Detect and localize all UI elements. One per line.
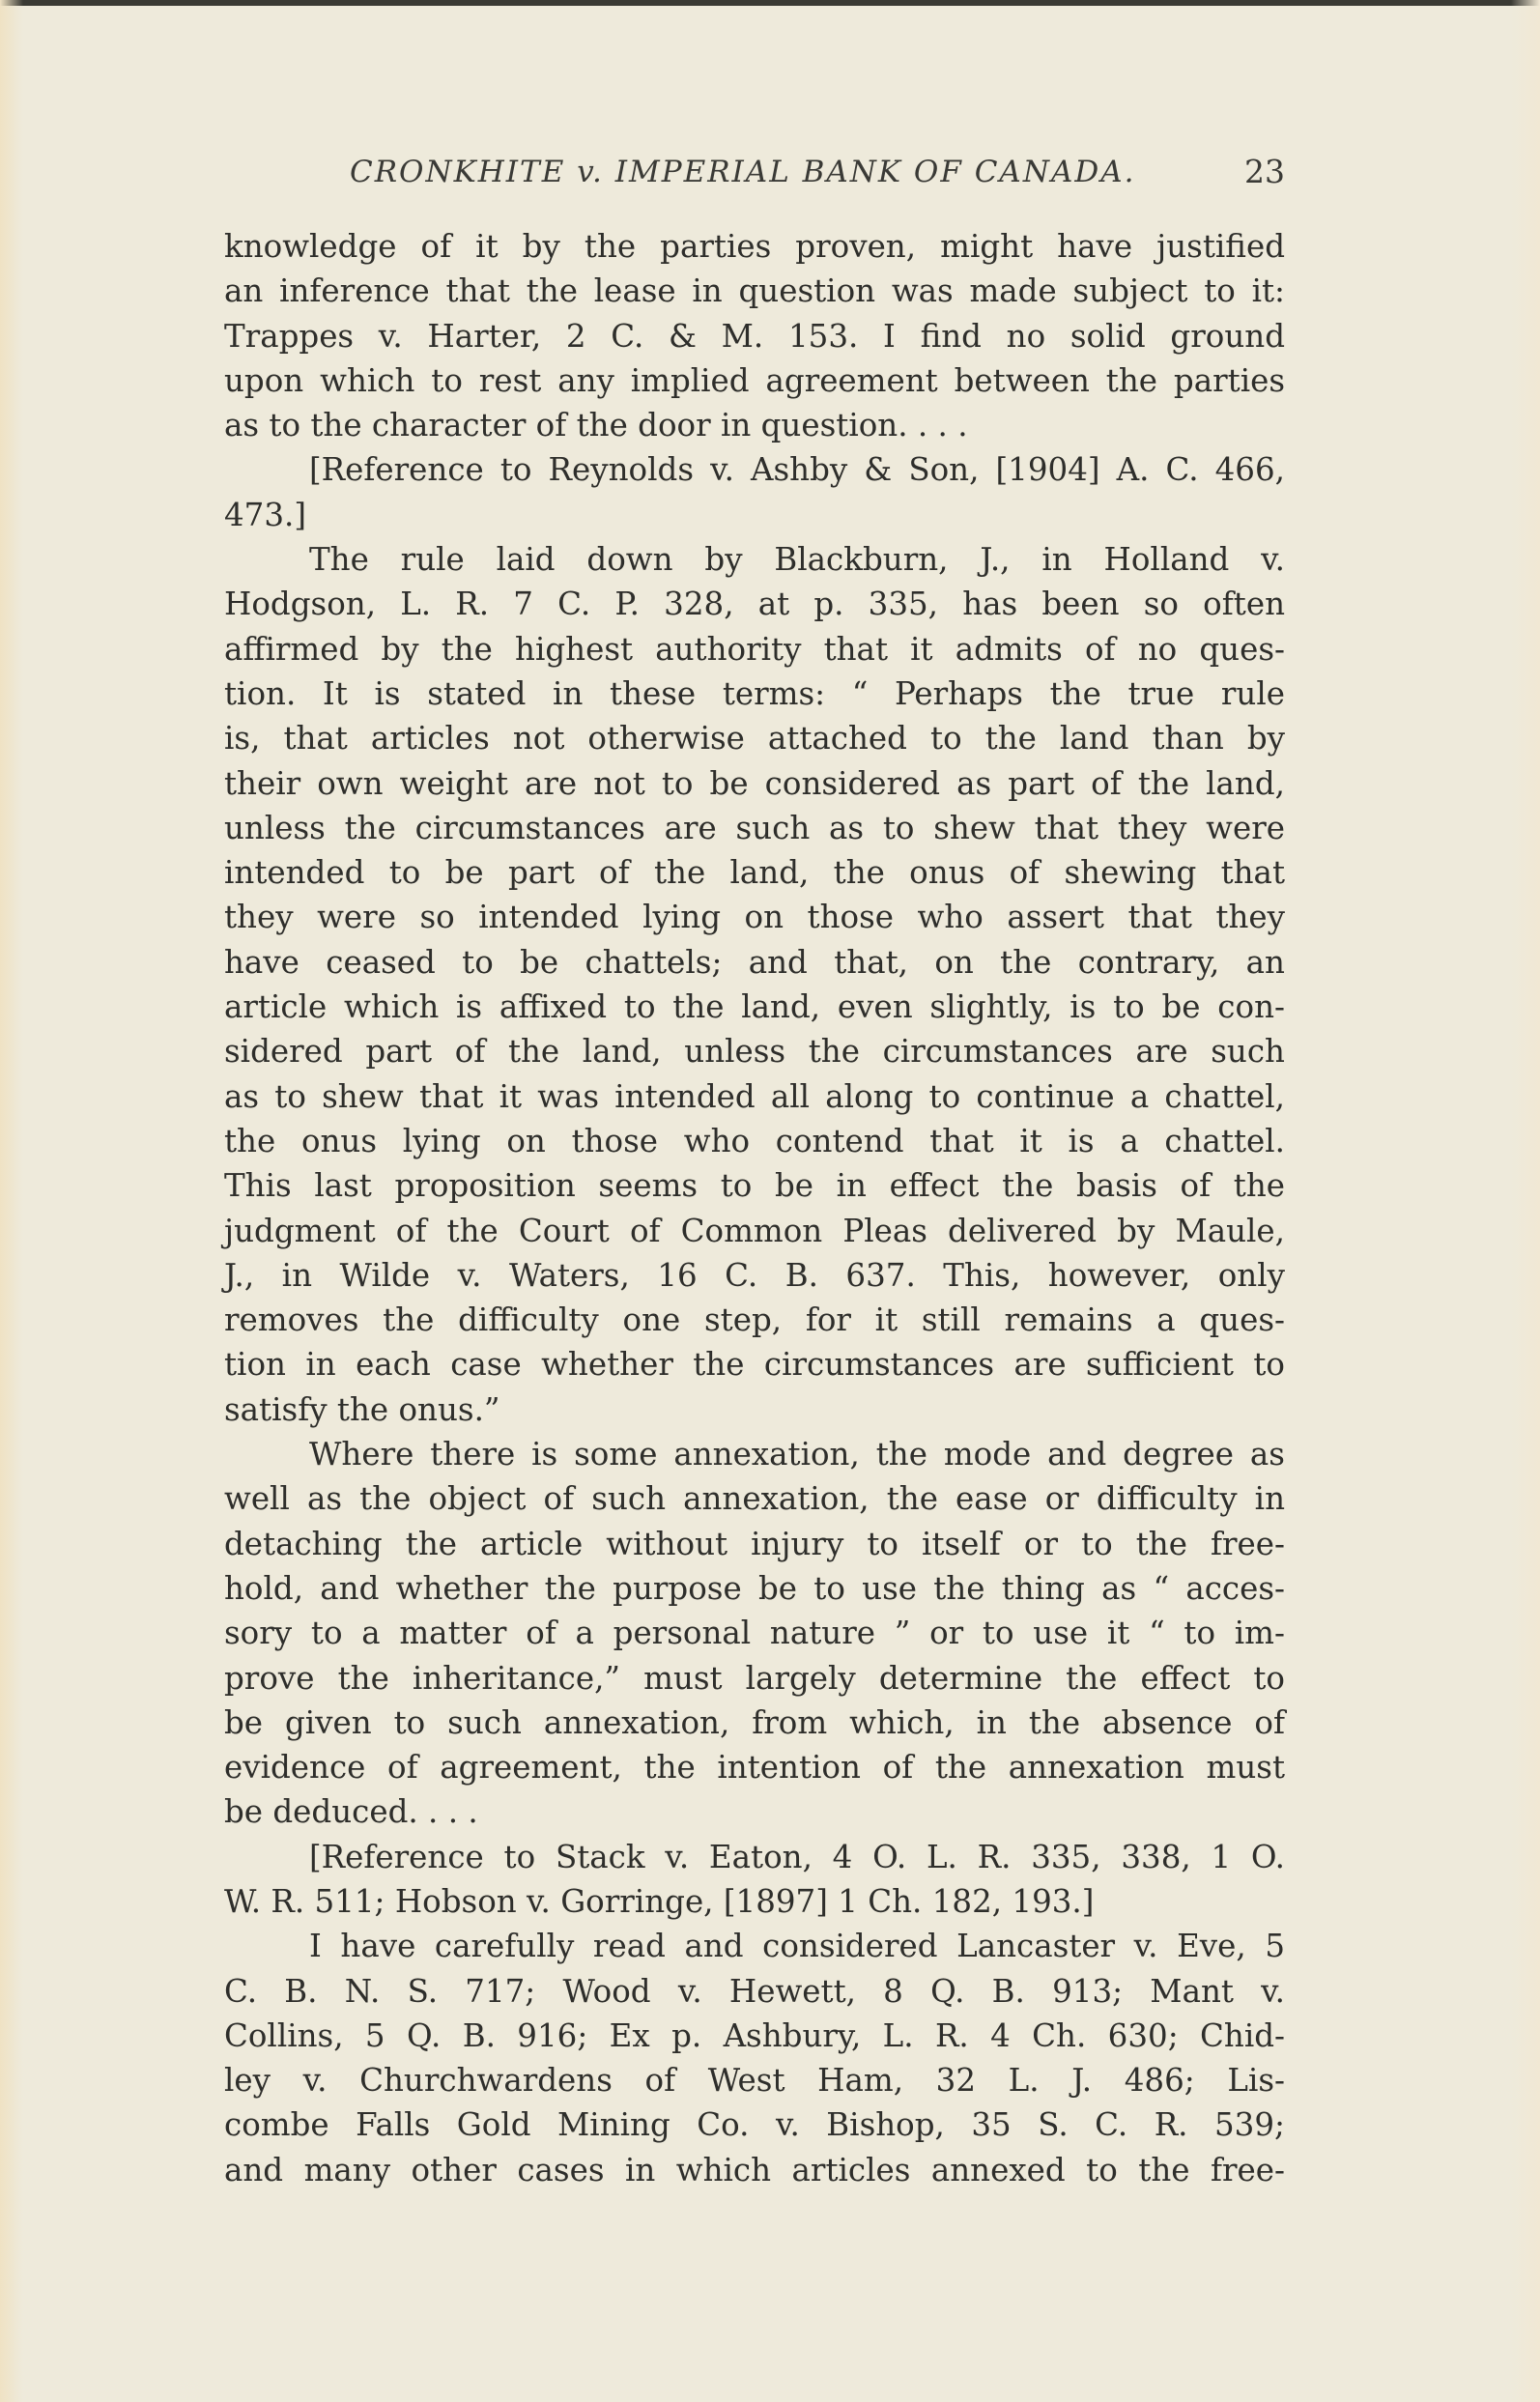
text-line: Where there is some annexation, the mode… [224,1432,1285,1476]
text-line: an inference that the lease in question … [224,269,1285,313]
text-line: C. B. N. S. 717; Wood v. Hewett, 8 Q. B.… [224,1969,1285,2014]
text-line: have ceased to be chattels; and that, on… [224,940,1285,985]
text-line: J., in Wilde v. Waters, 16 C. B. 637. Th… [224,1253,1285,1298]
text-line: removes the difficulty one step, for it … [224,1298,1285,1342]
text-line: Hodgson, L. R. 7 C. P. 328, at p. 335, h… [224,582,1285,626]
text-line: hold, and whether the purpose be to use … [224,1566,1285,1611]
text-line: they were so intended lying on those who… [224,895,1285,939]
text-line: and many other cases in which articles a… [224,2148,1285,2192]
page-number: 23 [1244,153,1285,190]
text-line: [Reference to Stack v. Eaton, 4 O. L. R.… [224,1835,1285,1879]
text-line: knowledge of it by the parties proven, m… [224,224,1285,269]
running-head: CRONKHITE v. IMPERIAL BANK OF CANADA. 23 [224,155,1285,203]
text-line: satisfy the onus.” [224,1387,1285,1432]
text-line: I have carefully read and considered Lan… [224,1924,1285,1968]
text-line: intended to be part of the land, the onu… [224,850,1285,895]
text-line: the onus lying on those who contend that… [224,1119,1285,1163]
running-title: CRONKHITE v. IMPERIAL BANK OF CANADA. [350,155,1135,189]
text-line: upon which to rest any implied agreement… [224,358,1285,403]
text-line: be given to such annexation, from which,… [224,1701,1285,1745]
text-line: Collins, 5 Q. B. 916; Ex p. Ashbury, L. … [224,2014,1285,2058]
text-line: W. R. 511; Hobson v. Gorringe, [1897] 1 … [224,1879,1285,1924]
text-line: affirmed by the highest authority that i… [224,627,1285,672]
body-text: knowledge of it by the parties proven, m… [224,224,1285,2192]
text-line: The rule laid down by Blackburn, J., in … [224,537,1285,582]
page-left-edge [0,0,23,2402]
text-line: This last proposition seems to be in eff… [224,1163,1285,1208]
text-line: [Reference to Reynolds v. Ashby & Son, [… [224,447,1285,492]
text-line: combe Falls Gold Mining Co. v. Bishop, 3… [224,2102,1285,2147]
text-line: well as the object of such annexation, t… [224,1476,1285,1521]
text-line: ley v. Churchwardens of West Ham, 32 L. … [224,2058,1285,2102]
text-line: be deduced. . . . [224,1789,1285,1834]
text-line: unless the circumstances are such as to … [224,806,1285,850]
text-line: sidered part of the land, unless the cir… [224,1029,1285,1073]
text-line: as to shew that it was intended all alon… [224,1074,1285,1119]
text-line: as to the character of the door in quest… [224,403,1285,447]
text-line: tion in each case whether the circumstan… [224,1342,1285,1387]
text-line: 473.] [224,493,1285,537]
text-line: evidence of agreement, the intention of … [224,1745,1285,1789]
text-line: tion. It is stated in these terms: “ Per… [224,672,1285,716]
text-line: article which is affixed to the land, ev… [224,985,1285,1029]
text-line: judgment of the Court of Common Pleas de… [224,1209,1285,1253]
text-line: sory to a matter of a personal nature ” … [224,1611,1285,1655]
page-right-edge [1511,0,1540,2402]
scan-top-border [0,0,1540,6]
text-line: their own weight are not to be considere… [224,761,1285,806]
text-line: prove the inheritance,” must largely det… [224,1656,1285,1701]
text-line: is, that articles not otherwise attached… [224,716,1285,760]
text-line: detaching the article without injury to … [224,1522,1285,1566]
text-line: Trappes v. Harter, 2 C. & M. 153. I find… [224,314,1285,358]
